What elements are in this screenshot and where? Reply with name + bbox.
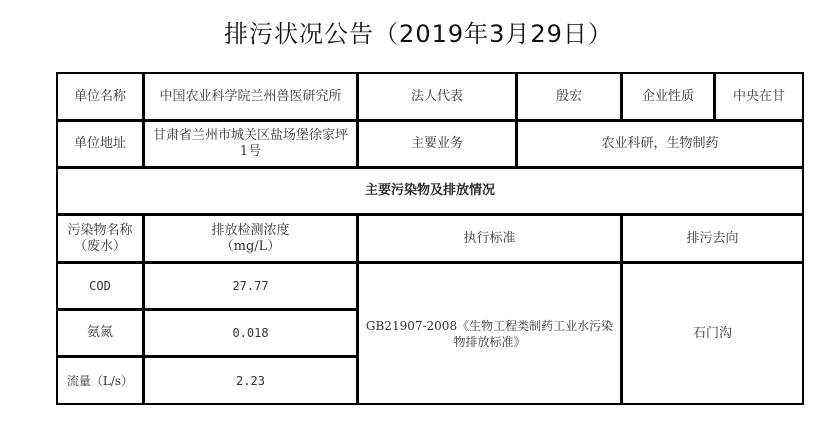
- business-value: 农业科研，生物制药: [516, 120, 804, 168]
- address-value: 甘肃省兰州市城关区盐场堡徐家坪1号: [143, 120, 358, 168]
- address-label: 单位地址: [56, 120, 144, 168]
- header-concentration: 排放检测浓度（mg/L）: [143, 214, 358, 263]
- destination-value: 石门沟: [621, 262, 804, 405]
- header-standard: 执行标准: [357, 214, 622, 263]
- pollution-report-table: 单位名称 中国农业科学院兰州兽医研究所 法人代表 殷宏 企业性质 中央在甘 单位…: [56, 72, 804, 405]
- table-row-value: 0.018: [143, 309, 358, 357]
- table-row-name: COD: [56, 262, 144, 310]
- legal-rep-value: 殷宏: [516, 72, 622, 121]
- page-title: 排污状况公告（2019年3月29日）: [0, 14, 837, 49]
- section-title: 主要污染物及排放情况: [56, 167, 804, 215]
- header-destination: 排污去向: [621, 214, 804, 263]
- table-row-name: 氨氮: [56, 309, 144, 357]
- header-pollutant-name: 污染物名称（废水）: [56, 214, 144, 263]
- table-row-name: 流量（L/s）: [56, 356, 144, 405]
- table-row-value: 27.77: [143, 262, 358, 310]
- unit-name-label: 单位名称: [56, 72, 144, 121]
- table-row-value: 2.23: [143, 356, 358, 405]
- legal-rep-label: 法人代表: [357, 72, 517, 121]
- business-label: 主要业务: [357, 120, 517, 168]
- unit-name-value: 中国农业科学院兰州兽医研究所: [143, 72, 358, 121]
- standard-value: GB21907-2008《生物工程类制药工业水污染物排放标准》: [357, 262, 622, 405]
- enterprise-type-value: 中央在甘: [714, 72, 804, 121]
- enterprise-type-label: 企业性质: [621, 72, 715, 121]
